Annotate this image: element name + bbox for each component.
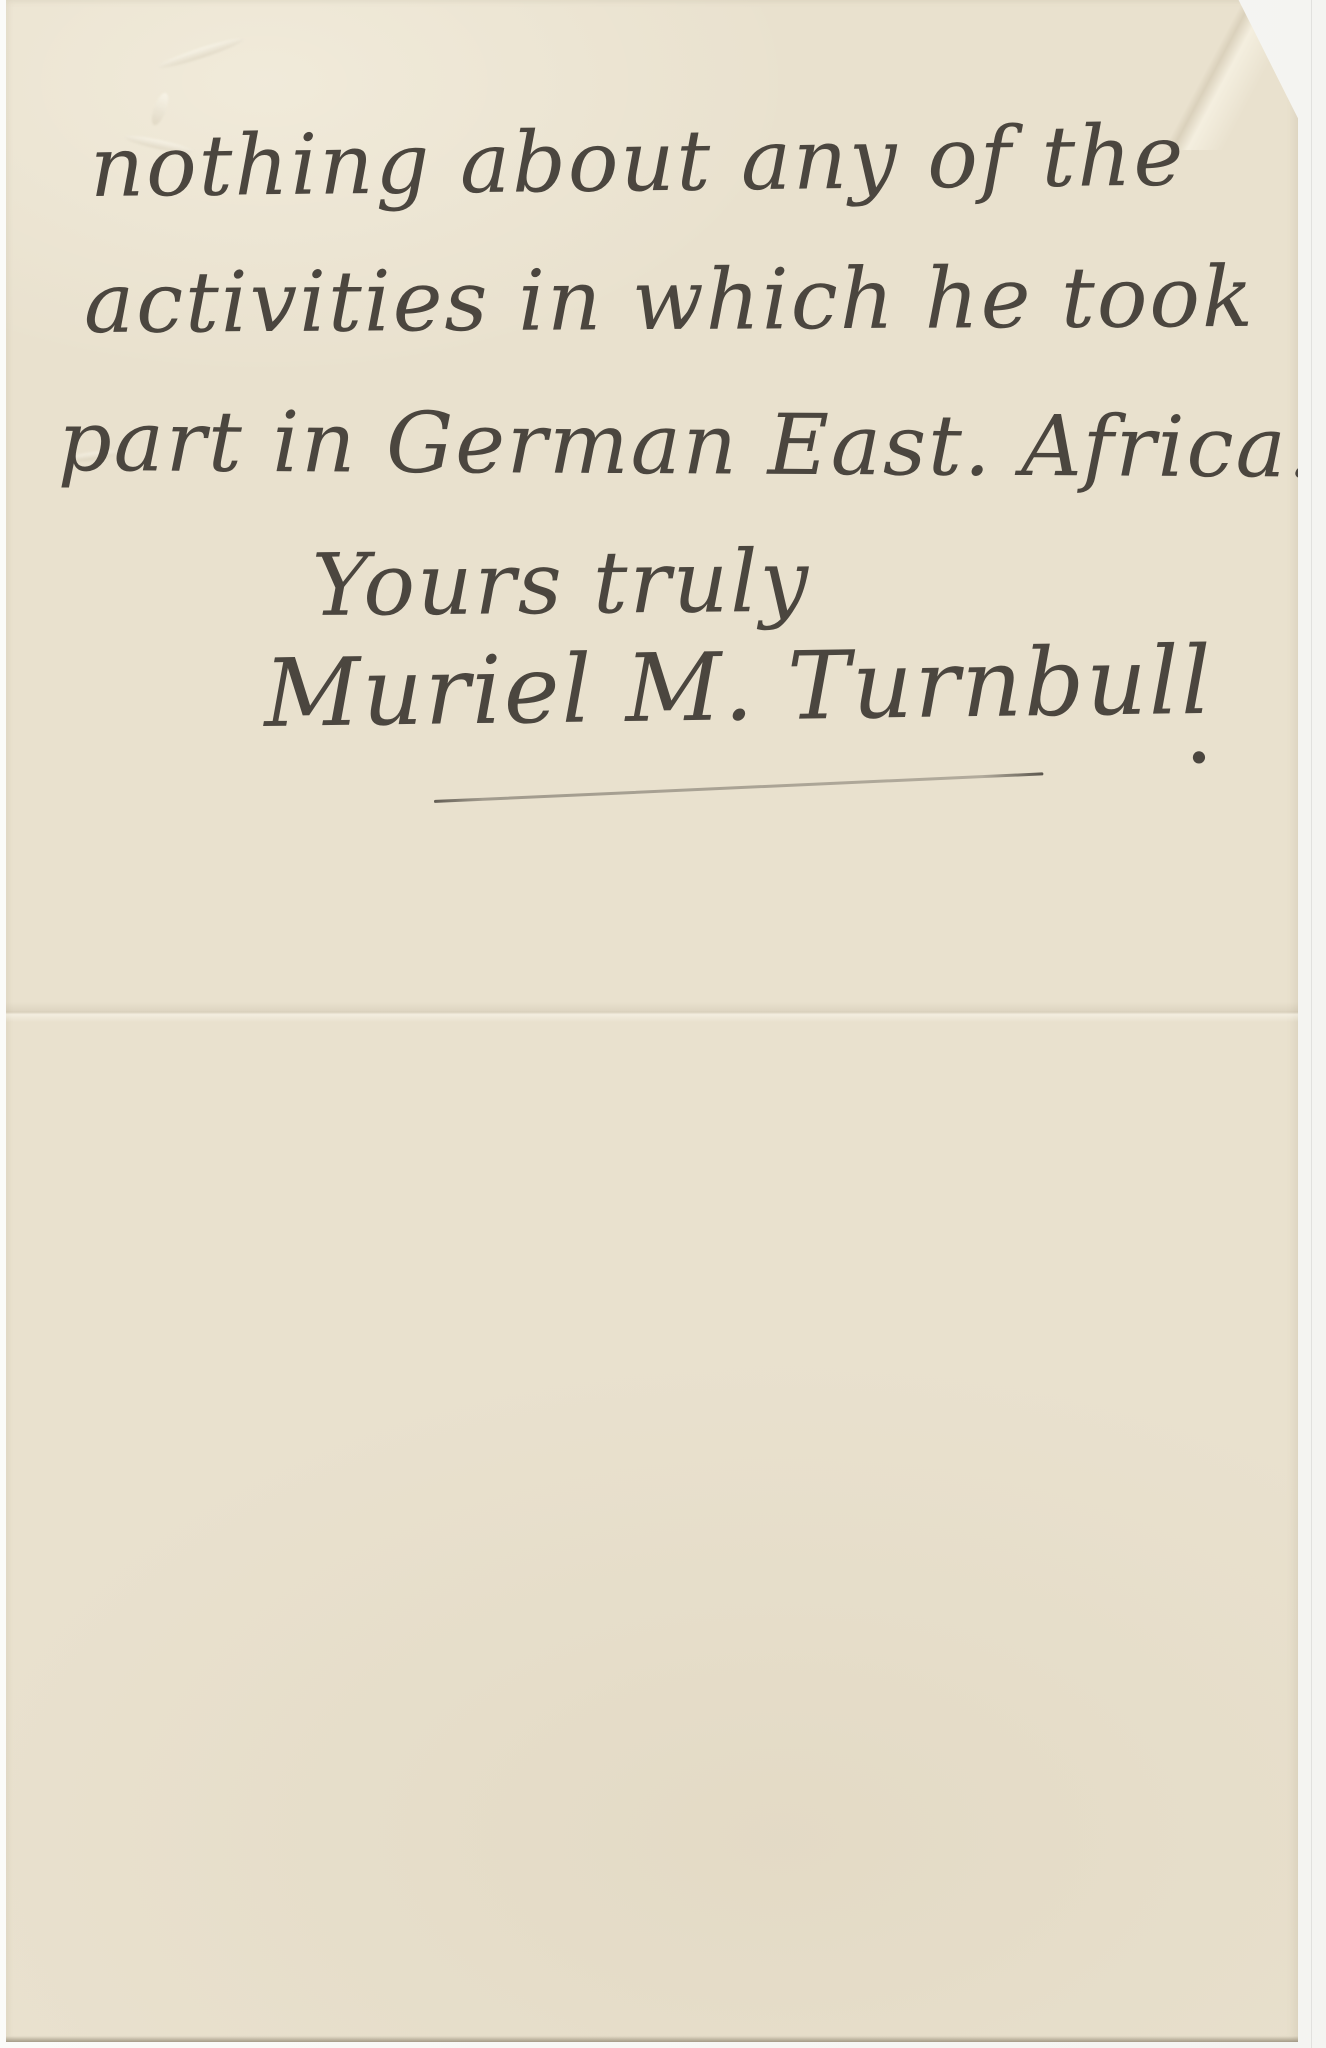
horizontal-fold-crease [6, 1002, 1298, 1022]
handwriting-line-2: activities in which he took [84, 248, 1255, 352]
handwriting-line-1: nothing about any of the [89, 107, 1185, 216]
letter-paper: nothing about any of the activities in w… [6, 0, 1298, 2042]
handwriting-line-3: part in German East. Africa. [58, 392, 1317, 497]
signature: Muriel M. Turnbull [263, 627, 1213, 749]
paper-dent-crease [157, 34, 246, 71]
signature-period: . [1184, 676, 1214, 785]
closing-line: Yours truly [312, 532, 811, 636]
paper-bottom-edge [6, 2036, 1298, 2042]
signature-underline [434, 772, 1044, 803]
scanned-letter-page: nothing about any of the activities in w… [0, 0, 1326, 2048]
scanner-background-seam [1311, 0, 1312, 2048]
